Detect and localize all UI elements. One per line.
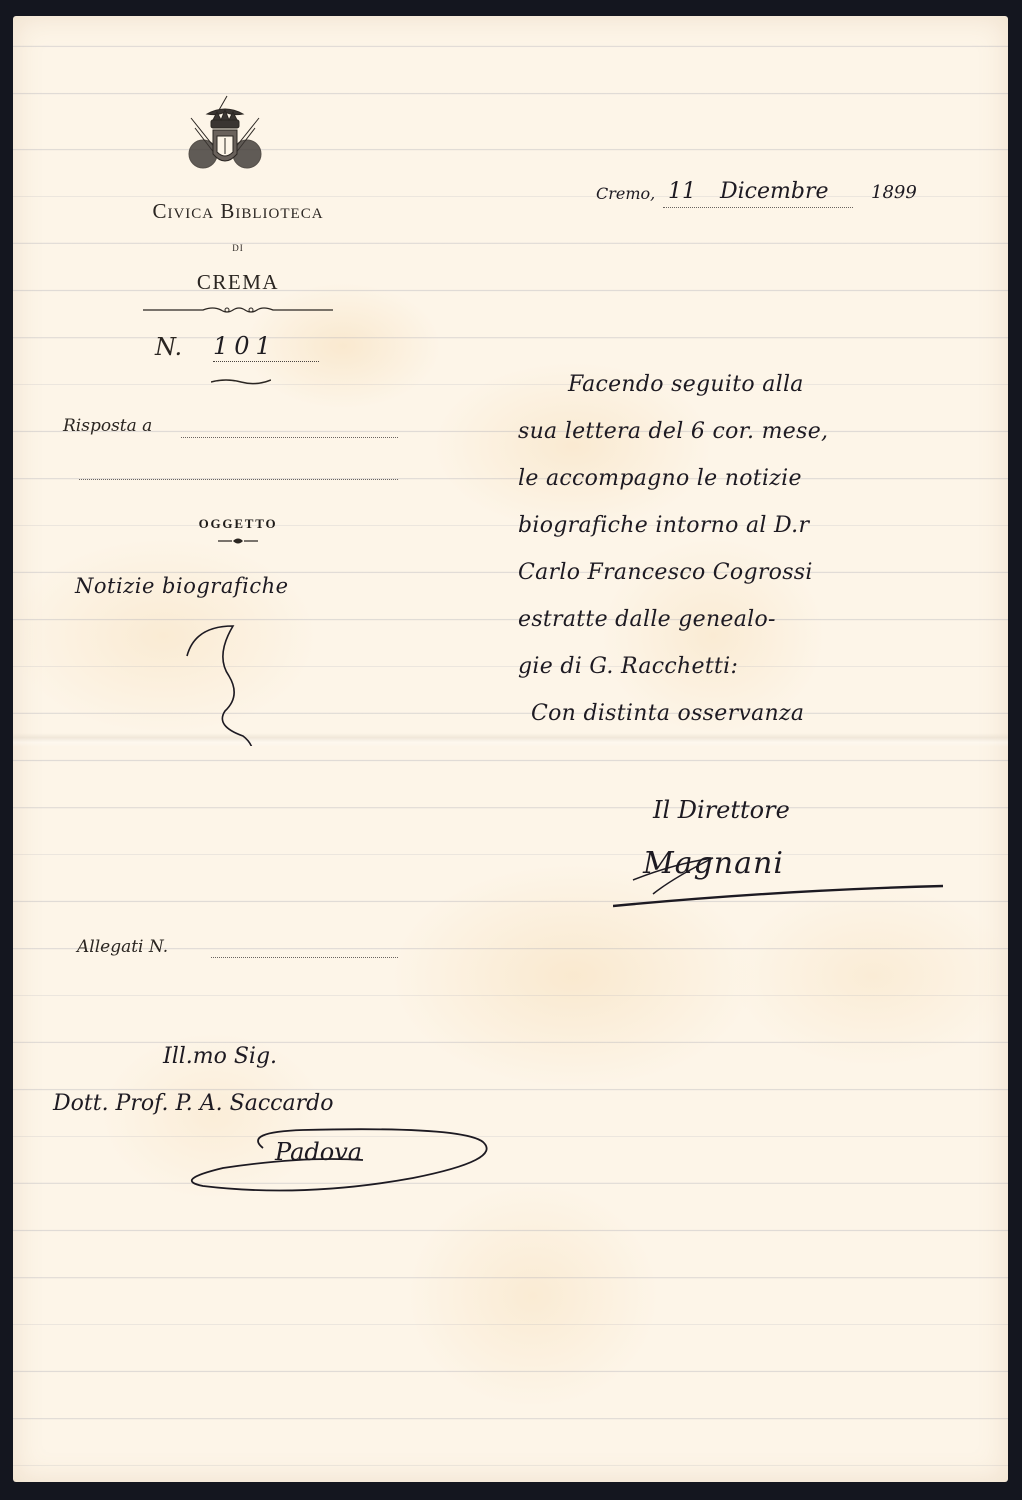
body-line: Facendo seguito alla (568, 372, 804, 397)
date-month: Dicembre (720, 179, 829, 204)
body-line: sua lettera del 6 cor. mese, (518, 419, 828, 444)
date-year: 1899 (871, 182, 917, 203)
date-dotted-line (663, 207, 853, 208)
protocol-label: N. (155, 333, 182, 361)
address-flourish-icon (183, 1126, 513, 1198)
body-line: le accompagno le notizie (518, 466, 802, 491)
date-place: Cremo, (596, 184, 655, 203)
coat-of-arms-icon (185, 94, 265, 174)
signature-title: Il Direttore (653, 796, 790, 824)
attachments-dotted-line (211, 957, 398, 958)
body-line: gie di G. Racchetti: (518, 654, 738, 679)
subject-ornament-icon (218, 536, 258, 546)
signature-flourish-icon (613, 854, 953, 914)
institution-city: Crema (68, 270, 408, 295)
ornamental-divider-icon (143, 304, 333, 316)
institution-name: Civica Biblioteca (68, 199, 408, 224)
protocol-number: 101 (213, 332, 277, 360)
date-day: 11 (668, 179, 696, 204)
reply-dotted-line-2 (79, 479, 398, 480)
reply-dotted-line (181, 437, 398, 438)
addressee-salutation: Ill.mo Sig. (163, 1044, 277, 1069)
attachments-label: Allegati N. (77, 937, 168, 957)
paper-fold (13, 733, 1008, 747)
body-line: Carlo Francesco Cogrossi (518, 560, 813, 585)
subject-heading: OGGETTO (68, 516, 408, 532)
letter-sheet: Civica Biblioteca di Crema N. 101 Rispos… (13, 16, 1008, 1482)
body-line: biografiche intorno al D.r (518, 513, 809, 538)
squiggle-mark-icon (185, 616, 260, 746)
swash-divider-icon (211, 376, 271, 386)
addressee-name: Dott. Prof. P. A. Saccardo (53, 1091, 333, 1116)
protocol-dotted-line (213, 361, 319, 362)
ruled-lines (13, 16, 1008, 1482)
institution-preposition: di (68, 243, 408, 253)
reply-label: Risposta a (63, 416, 152, 436)
subject-text: Notizie biografiche (75, 574, 289, 598)
body-line: Con distinta osservanza (531, 701, 804, 726)
body-line: estratte dalle genealo- (518, 607, 776, 632)
